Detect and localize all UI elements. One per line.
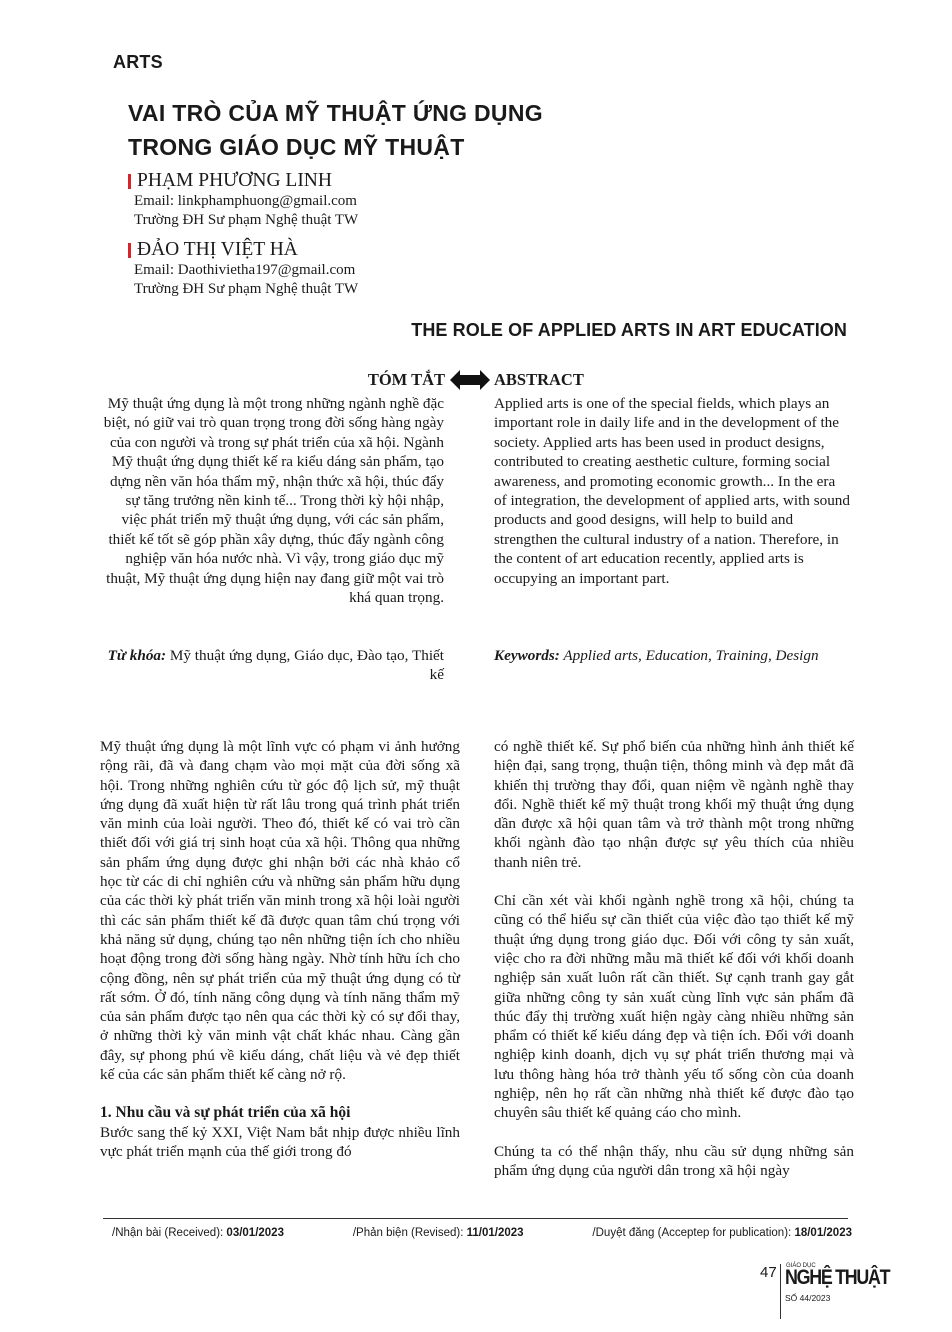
- keywords-en-value: Applied arts, Education, Training, Desig…: [560, 647, 819, 664]
- keywords-vi: Từ khóa: Mỹ thuật ứng dụng, Giáo dục, Đà…: [100, 646, 444, 685]
- body-column-right: có nghề thiết kế. Sự phổ biến của những …: [494, 737, 854, 1199]
- body-paragraph: Mỹ thuật ứng dụng là một lĩnh vực có phạ…: [100, 737, 460, 1084]
- section-heading: 1. Nhu cầu và sự phát triển của xã hội: [100, 1103, 460, 1122]
- body-paragraph: Chúng ta có thể nhận thấy, nhu cầu sử dụ…: [494, 1142, 854, 1181]
- author-email: Email: linkphamphuong@gmail.com: [134, 192, 358, 211]
- title-line-2: TRONG GIÁO DỤC MỸ THUẬT: [128, 130, 543, 164]
- keywords-en: Keywords: Applied arts, Education, Train…: [494, 646, 850, 665]
- author-name: PHẠM PHƯƠNG LINH: [137, 170, 332, 192]
- page-number: 47: [760, 1264, 777, 1281]
- keywords-vi-label: Từ khóa:: [108, 647, 166, 664]
- title-line-1: VAI TRÒ CỦA MỸ THUẬT ỨNG DỤNG: [128, 96, 543, 130]
- abstract-vi-text: Mỹ thuật ứng dụng là một trong những ngà…: [100, 394, 444, 607]
- revised-label: /Phản biện (Revised):: [353, 1227, 467, 1239]
- section-label: ARTS: [113, 52, 163, 73]
- keywords-en-label: Keywords:: [494, 647, 560, 664]
- revised-value: 11/01/2023: [467, 1227, 524, 1239]
- author-block-1: PHẠM PHƯƠNG LINH Email: linkphamphuong@g…: [128, 170, 358, 230]
- accent-bar-icon: [128, 174, 131, 189]
- abstract-heading: TÓM TẮT ABSTRACT: [0, 368, 952, 392]
- author-email: Email: Daothivietha197@gmail.com: [134, 261, 358, 280]
- received-date: /Nhận bài (Received): 03/01/2023: [112, 1227, 284, 1239]
- article-title: VAI TRÒ CỦA MỸ THUẬT ỨNG DỤNG TRONG GIÁO…: [128, 96, 543, 164]
- body-column-left: Mỹ thuật ứng dụng là một lĩnh vực có phạ…: [100, 737, 460, 1180]
- keywords-vi-value: Mỹ thuật ứng dụng, Giáo dục, Đào tạo, Th…: [166, 647, 444, 683]
- author-affiliation: Trường ĐH Sư phạm Nghệ thuật TW: [134, 280, 358, 299]
- body-paragraph: Chỉ cần xét vài khối ngành nghề trong xã…: [494, 891, 854, 1123]
- accepted-label: /Duyệt đăng (Acceptep for publication):: [592, 1227, 794, 1239]
- received-label: /Nhận bài (Received):: [112, 1227, 226, 1239]
- accepted-date: /Duyệt đăng (Acceptep for publication): …: [592, 1227, 852, 1239]
- footer-dates: /Nhận bài (Received): 03/01/2023 /Phản b…: [112, 1227, 852, 1239]
- author-block-2: ĐẢO THỊ VIỆT HÀ Email: Daothivietha197@g…: [128, 239, 358, 299]
- author-affiliation: Trường ĐH Sư phạm Nghệ thuật TW: [134, 211, 358, 230]
- issue-number: SỐ 44/2023: [785, 1293, 830, 1303]
- abstract-en-text: Applied arts is one of the special field…: [494, 394, 850, 588]
- accent-bar-icon: [128, 243, 131, 258]
- double-arrow-icon: [450, 370, 490, 390]
- body-paragraph: có nghề thiết kế. Sự phổ biến của những …: [494, 737, 854, 872]
- abstract-heading-vi: TÓM TẮT: [368, 370, 445, 390]
- body-paragraph: Bước sang thế kỷ XXI, Việt Nam bắt nhịp …: [100, 1123, 460, 1162]
- english-title: THE ROLE OF APPLIED ARTS IN ART EDUCATIO…: [411, 320, 847, 341]
- logo-divider: [780, 1264, 781, 1319]
- accepted-value: 18/01/2023: [794, 1227, 852, 1239]
- revised-date: /Phản biện (Revised): 11/01/2023: [353, 1227, 524, 1239]
- received-value: 03/01/2023: [226, 1227, 284, 1239]
- journal-logo: NGHỆ THUẬT: [785, 1266, 889, 1290]
- author-name: ĐẢO THỊ VIỆT HÀ: [137, 239, 298, 261]
- footer-divider: [103, 1218, 848, 1219]
- abstract-heading-en: ABSTRACT: [494, 370, 584, 390]
